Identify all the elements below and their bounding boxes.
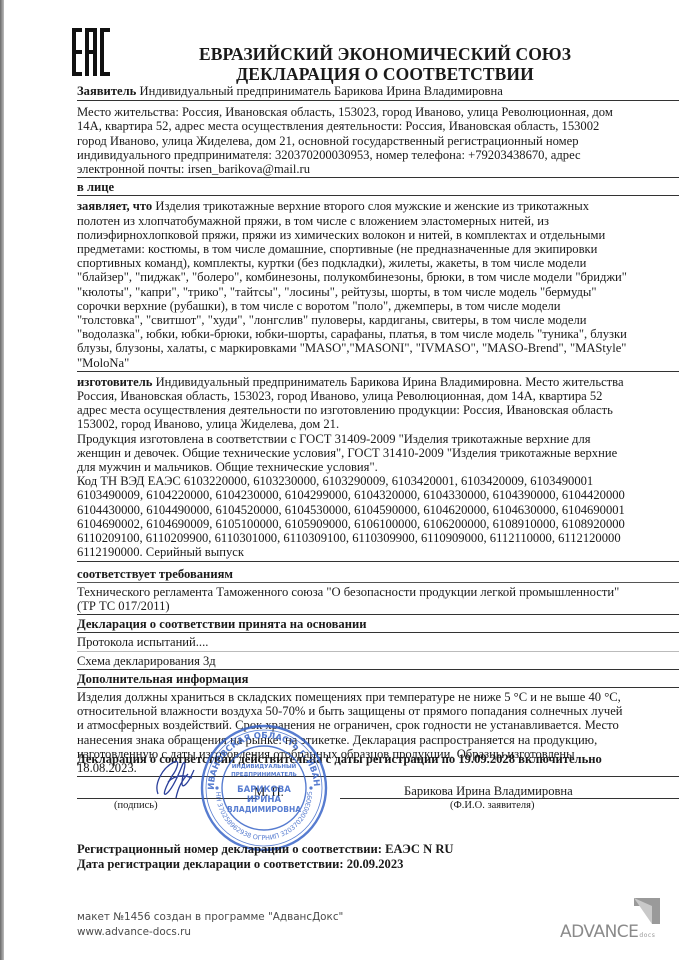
advance-docs-logo: ADVANCEdocs [560, 898, 670, 948]
regulation-line: Технического регламента Таможенного союз… [77, 585, 679, 599]
registration-number: Регистрационный номер декларации о соотв… [77, 842, 454, 856]
product-line: "водолазка", юбки, юбки-брюки, юбки-шорт… [77, 327, 679, 341]
applicant-address: Место жительства: Россия, Ивановская обл… [77, 103, 679, 178]
standards-line: женщин и девочек. Общие технические усло… [77, 446, 679, 460]
manufacturer-line: Россия, Ивановская область, 153023, горо… [77, 389, 679, 403]
company-stamp: РФ ИВАНОВСКАЯ ОБЛАСТЬ г. ИВАНОВО ИНН 370… [198, 722, 330, 854]
brand-sub: docs [639, 932, 655, 939]
address-line: 14А, квартира 52, адрес места осуществле… [77, 119, 679, 133]
basis-protocol: Протокола испытаний.... [77, 633, 679, 651]
stamp-ring-top: РФ ИВАНОВСКАЯ ОБЛАСТЬ г. ИВАНОВО [198, 722, 321, 790]
product-line: "кюлоты", "капри", "трико", "тайтсы", "л… [77, 285, 679, 299]
scan-edge [0, 0, 4, 960]
manufacturer-line: адрес места осуществления деятельности п… [77, 403, 679, 417]
signer-name: Барикова Ирина Владимировна [404, 784, 573, 799]
brand-name: ADVANCE [560, 922, 638, 942]
product-line: Изделия трикотажные верхние второго слоя… [155, 199, 589, 213]
handwritten-signature [152, 754, 200, 802]
product-line: блузы, блузоны, халаты, с маркировками "… [77, 341, 679, 355]
applicant-value: Индивидуальный предприниматель Барикова … [139, 84, 502, 98]
union-title: ЕВРАЗИЙСКИЙ ЭКОНОМИЧЕСКИЙ СОЮЗ [150, 44, 620, 64]
product-line: "MoloNa" [77, 356, 679, 370]
manufacturer-section: изготовитель Индивидуальный предпринимат… [77, 373, 679, 562]
manufacturer-label: изготовитель [77, 375, 152, 389]
additional-line: Изделия должны храниться в складских пом… [77, 690, 679, 704]
manufacturer-line: 153002, город Иваново, улица Жиделева, д… [77, 417, 679, 431]
advance-arrow-icon [634, 898, 660, 924]
additional-label: Дополнительная информация [77, 670, 679, 688]
address-line: электронной почты: irsen_barikova@mail.r… [77, 162, 679, 176]
address-line: индивидуального предпринимателя: 3203702… [77, 148, 679, 162]
basis-scheme: Схема декларирования 3д [77, 652, 679, 670]
applicant-label: Заявитель [77, 84, 136, 98]
product-line: спортивных команд), комплекты, куртки (б… [77, 256, 679, 270]
template-note: макет №1456 создан в программе "АдвансДо… [77, 910, 343, 925]
declares-section: заявляет, что Изделия трикотажные верхни… [77, 197, 679, 371]
hs-code-line: 6104430000, 6104490000, 6104520000, 6104… [77, 503, 679, 517]
product-line: "толстовка", "свитшот", "худи", "лонгсли… [77, 313, 679, 327]
conforms-section: Технического регламента Таможенного союз… [77, 582, 679, 615]
hs-code-line: 6103490009, 6104220000, 6104230000, 6104… [77, 488, 679, 502]
product-line: сорочки верхние (рубашки), в том числе с… [77, 299, 679, 313]
product-line: "блайзер", "пиджак", "болеро", комбинезо… [77, 270, 679, 284]
manufacturer-line: Индивидуальный предприниматель Барикова … [156, 375, 624, 389]
hs-code-line: 6104690002, 6104690009, 6105100000, 6105… [77, 517, 679, 531]
svg-text:РФ ИВАНОВСКАЯ ОБЛАСТЬ г. ИВАНО: РФ ИВАНОВСКАЯ ОБЛАСТЬ г. ИВАНОВО [198, 722, 321, 790]
additional-line: и атмосферных воздействий. Срок хранения… [77, 718, 679, 732]
declaration-body: Заявитель Индивидуальный предприниматель… [77, 84, 679, 777]
product-line: полотен из хлопчатобумажной пряжи, в том… [77, 214, 679, 228]
registration-date: Дата регистрации декларации о соответств… [77, 857, 403, 871]
basis-label: Декларация о соответствии принята на осн… [77, 615, 679, 633]
hs-code-line: Код ТН ВЭД ЕАЭС 6103220000, 6103230000, … [77, 474, 679, 488]
svg-text:ИНДИВИДУАЛЬНЫЙ: ИНДИВИДУАЛЬНЫЙ [232, 762, 297, 770]
product-line: полиэфирнохлопковой пряжи, пряжи из хими… [77, 228, 679, 242]
name-caption: (Ф.И.О. заявителя) [450, 800, 535, 811]
address-line: город Иваново, улица Жиделева, дом 21, о… [77, 134, 679, 148]
regulation-line: (ТР ТС 017/2011) [77, 599, 679, 613]
standards-line: Продукция изготовлена в соответствии с Г… [77, 432, 679, 446]
address-line: Место жительства: Россия, Ивановская обл… [77, 105, 679, 119]
svg-text:ВЛАДИМИРОВНА: ВЛАДИМИРОВНА [227, 805, 301, 814]
svg-text:ПРЕДПРИНИМАТЕЛЬ: ПРЕДПРИНИМАТЕЛЬ [231, 772, 297, 778]
svg-text:БАРИКОВА: БАРИКОВА [237, 785, 291, 795]
advance-brand-text: ADVANCEdocs [560, 922, 655, 942]
website-link[interactable]: www.advance-docs.ru [77, 925, 343, 940]
conforms-label: соответствует требованиям [77, 565, 679, 582]
standards-line: для мужчин и мальчиков. Общие технически… [77, 460, 679, 474]
footer-note: макет №1456 создан в программе "АдвансДо… [77, 910, 343, 940]
document-title: ДЕКЛАРАЦИЯ О СООТВЕТСТВИИ [150, 64, 620, 84]
applicant-row: Заявитель Индивидуальный предприниматель… [77, 84, 679, 101]
hs-code-line: 6110209100, 6110209900, 6110301000, 6110… [77, 531, 679, 545]
hs-code-line: 6112190000. Серийный выпуск [77, 545, 679, 559]
in-person-label: в лице [77, 178, 679, 196]
product-line: предметами: костюмы, в том числе домашни… [77, 242, 679, 256]
eac-logo [72, 28, 110, 76]
additional-line: относительной влажности воздуха 50-70% и… [77, 704, 679, 718]
declares-label: заявляет, что [77, 199, 152, 213]
svg-text:ИРИНА: ИРИНА [247, 795, 282, 805]
additional-line: нанесения знака обращения на рынке: на э… [77, 733, 679, 747]
